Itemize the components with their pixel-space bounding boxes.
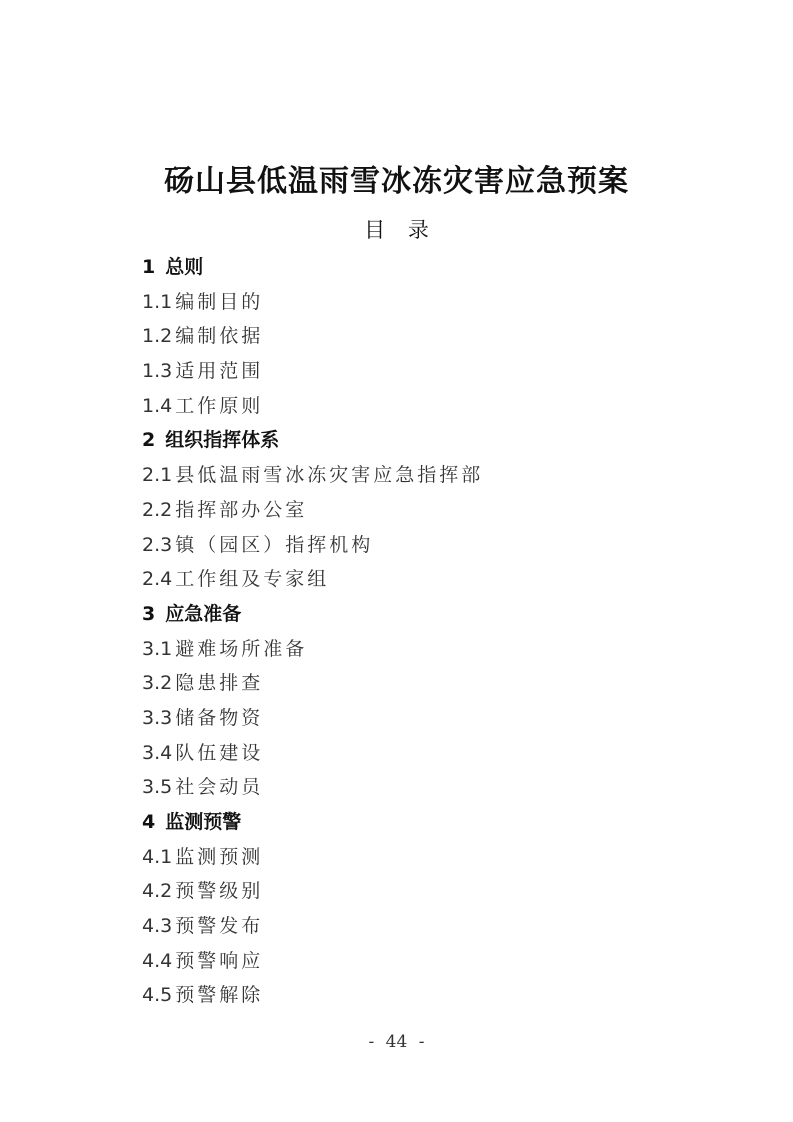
toc-label: 组织指挥体系 [165, 429, 279, 451]
toc-label: 编制依据 [175, 325, 263, 347]
toc-entry-1-3: 1.3适用范围 [142, 354, 483, 389]
toc-entry-1-4: 1.4工作原则 [142, 389, 483, 424]
toc-section-4: 4监测预警 [142, 805, 483, 840]
toc-label: 工作原则 [175, 395, 263, 417]
toc-number: 1.1 [142, 291, 172, 313]
toc-number: 1.4 [142, 395, 172, 417]
toc-section-1: 1总则 [142, 250, 483, 285]
toc-entry-4-3: 4.3预警发布 [142, 909, 483, 944]
toc-entry-4-4: 4.4预警响应 [142, 944, 483, 979]
toc-number: 3.2 [142, 672, 172, 694]
toc-number: 2.4 [142, 568, 172, 590]
toc-section-3: 3应急准备 [142, 597, 483, 632]
toc-number: 3.5 [142, 776, 172, 798]
toc-label: 监测预测 [175, 846, 263, 868]
toc-entry-3-2: 3.2隐患排查 [142, 666, 483, 701]
toc-entry-3-5: 3.5社会动员 [142, 770, 483, 805]
toc-number: 3.3 [142, 707, 172, 729]
toc-label: 县低温雨雪冰冻灾害应急指挥部 [175, 464, 483, 486]
toc-label: 队伍建设 [175, 742, 263, 764]
toc-entry-1-1: 1.1编制目的 [142, 285, 483, 320]
document-title: 砀山县低温雨雪冰冻灾害应急预案 [0, 156, 793, 200]
toc-entry-3-4: 3.4队伍建设 [142, 736, 483, 771]
toc-label: 编制目的 [175, 291, 263, 313]
page-number: - 44 - [0, 1032, 793, 1052]
toc-number: 4.5 [142, 984, 172, 1006]
toc-entry-2-2: 2.2指挥部办公室 [142, 493, 483, 528]
toc-label: 预警解除 [175, 984, 263, 1006]
toc-label: 指挥部办公室 [175, 499, 307, 521]
toc-number: 2.2 [142, 499, 172, 521]
toc-number: 2.1 [142, 464, 172, 486]
toc-number: 4.2 [142, 880, 172, 902]
toc-entry-4-2: 4.2预警级别 [142, 874, 483, 909]
toc-entry-3-3: 3.3储备物资 [142, 701, 483, 736]
toc-number: 4.3 [142, 915, 172, 937]
toc-label: 预警级别 [175, 880, 263, 902]
toc-number: 4.1 [142, 846, 172, 868]
toc-number: 3 [142, 603, 155, 625]
toc-label: 预警响应 [175, 950, 263, 972]
toc-entry-2-1: 2.1县低温雨雪冰冻灾害应急指挥部 [142, 458, 483, 493]
toc-entry-4-1: 4.1监测预测 [142, 840, 483, 875]
toc-label: 避难场所准备 [175, 638, 307, 660]
toc-label: 工作组及专家组 [175, 568, 329, 590]
toc-label: 适用范围 [175, 360, 263, 382]
toc-number: 2 [142, 429, 155, 451]
toc-entry-2-4: 2.4工作组及专家组 [142, 562, 483, 597]
toc-label: 监测预警 [165, 811, 241, 833]
toc-number: 4.4 [142, 950, 172, 972]
toc-number: 1.3 [142, 360, 172, 382]
toc-number: 4 [142, 811, 155, 833]
toc-number: 2.3 [142, 534, 172, 556]
toc-label: 镇（园区）指挥机构 [175, 534, 373, 556]
toc-label: 社会动员 [175, 776, 263, 798]
toc-number: 1 [142, 256, 155, 278]
toc-section-2: 2组织指挥体系 [142, 423, 483, 458]
toc-entry-3-1: 3.1避难场所准备 [142, 632, 483, 667]
toc-heading: 目 录 [0, 214, 793, 244]
toc-number: 3.4 [142, 742, 172, 764]
toc-entry-2-3: 2.3镇（园区）指挥机构 [142, 528, 483, 563]
toc-label: 储备物资 [175, 707, 263, 729]
table-of-contents: 1总则 1.1编制目的 1.2编制依据 1.3适用范围 1.4工作原则 2组织指… [142, 250, 483, 1013]
toc-number: 1.2 [142, 325, 172, 347]
toc-entry-1-2: 1.2编制依据 [142, 319, 483, 354]
toc-label: 应急准备 [165, 603, 241, 625]
toc-label: 隐患排查 [175, 672, 263, 694]
toc-label: 预警发布 [175, 915, 263, 937]
toc-entry-4-5: 4.5预警解除 [142, 978, 483, 1013]
toc-number: 3.1 [142, 638, 172, 660]
toc-label: 总则 [165, 256, 203, 278]
